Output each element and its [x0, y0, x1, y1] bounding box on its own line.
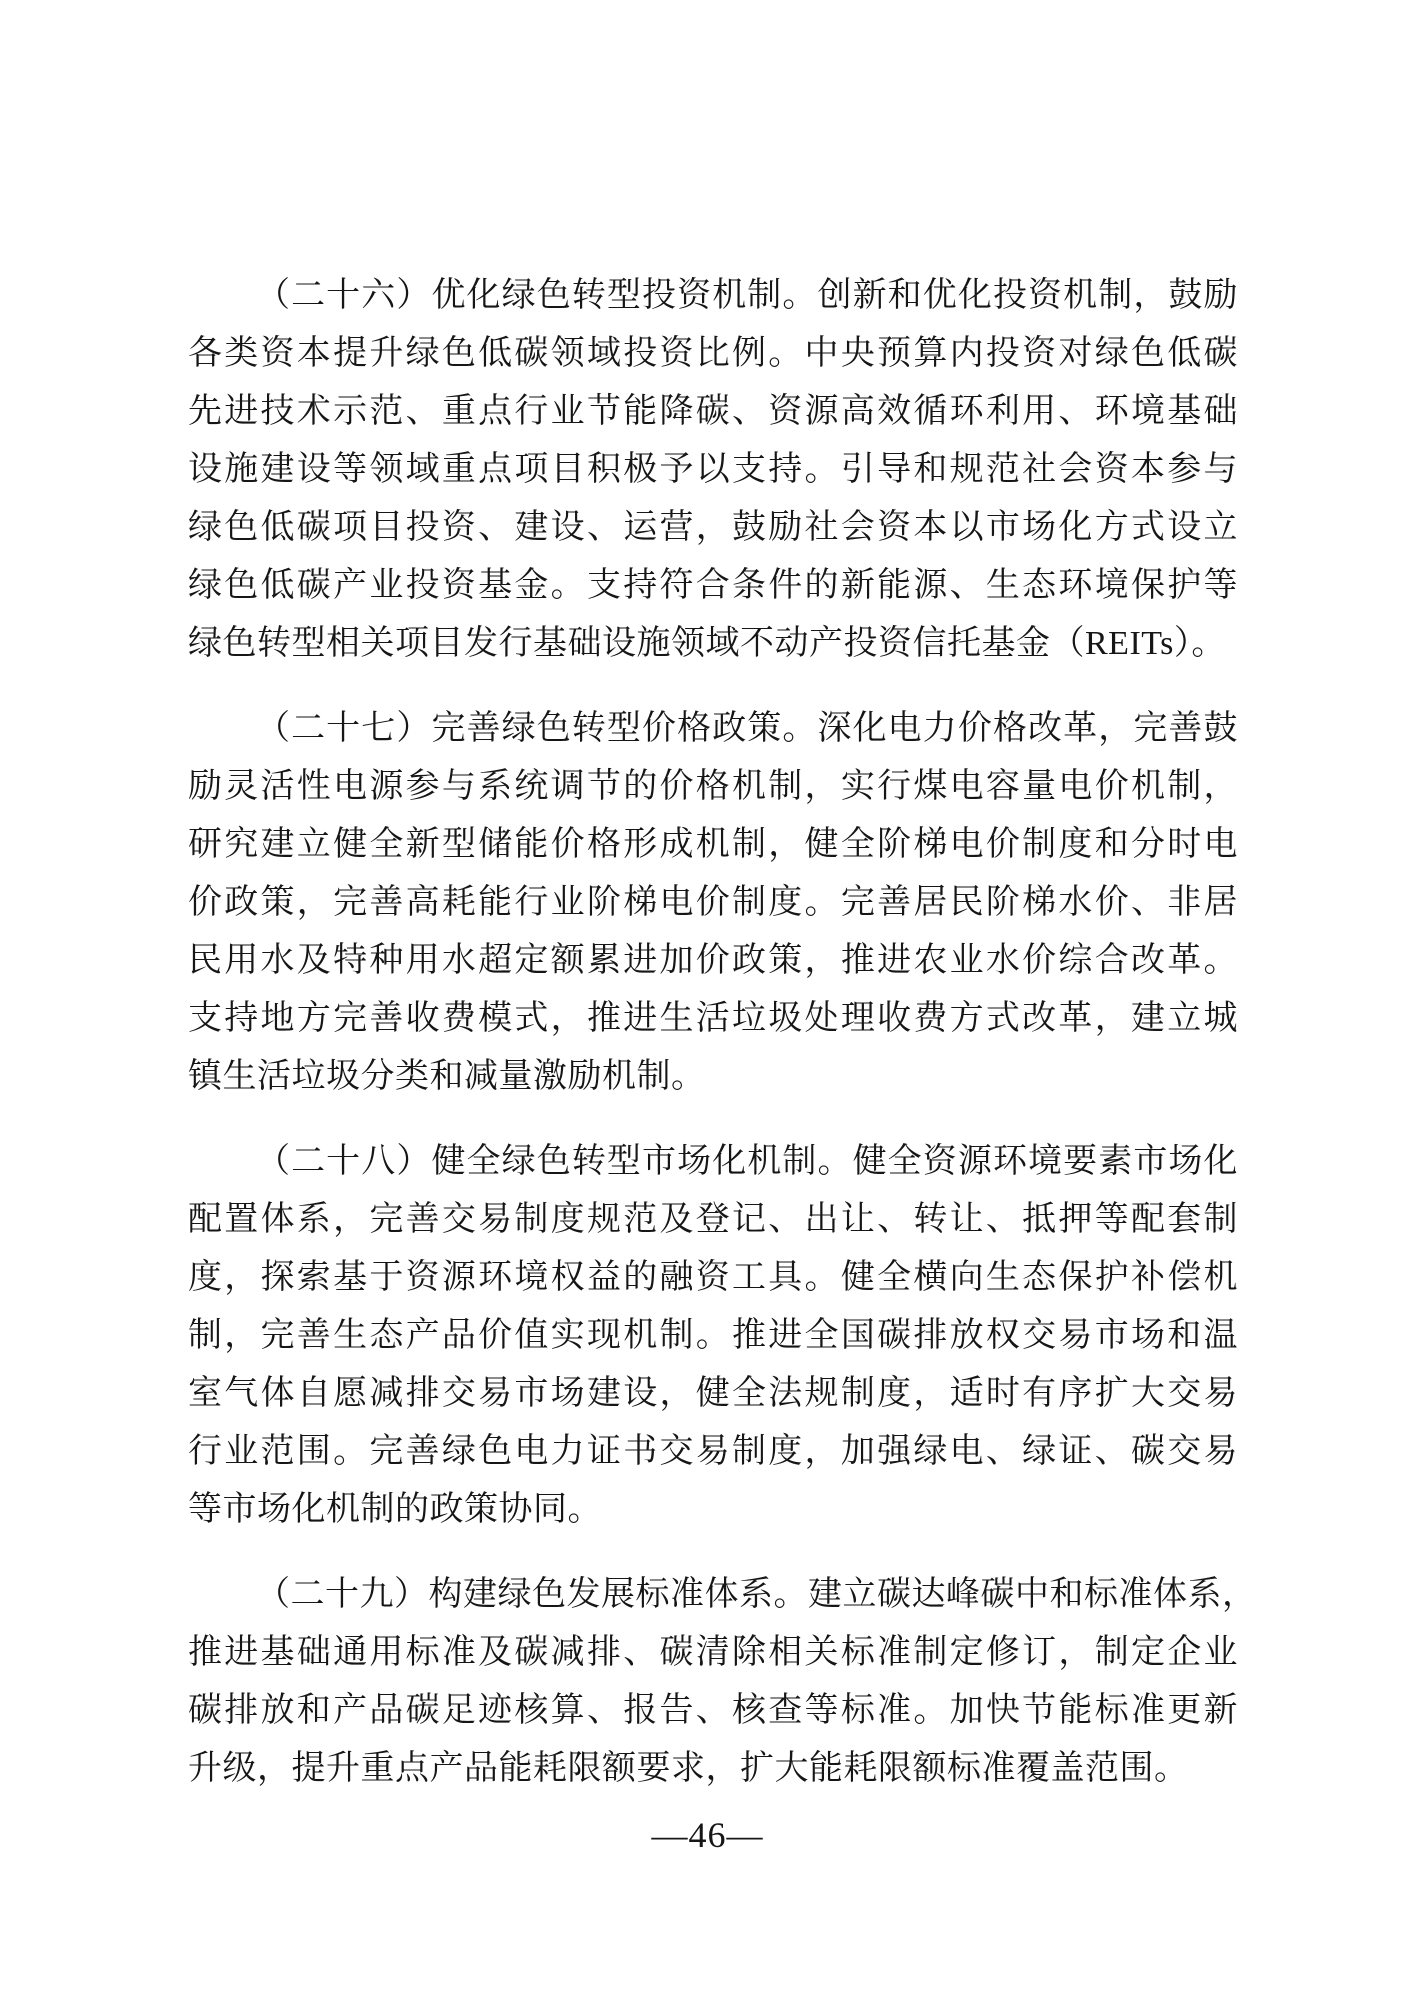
- text-line: 研究建立健全新型储能价格形成机制，健全阶梯电价制度和分时电: [188, 816, 1238, 874]
- text-line: 行业范围。完善绿色电力证书交易制度，加强绿电、绿证、碳交易: [188, 1423, 1238, 1481]
- document-body: （二十六）优化绿色转型投资机制。创新和优化投资机制，鼓励 各类资本提升绿色低碳领…: [188, 240, 1238, 1814]
- page-background: （二十六）优化绿色转型投资机制。创新和优化投资机制，鼓励 各类资本提升绿色低碳领…: [0, 0, 1415, 2000]
- text-line: 绿色转型相关项目发行基础设施领域不动产投资信托基金（REITs）。: [188, 615, 1238, 673]
- text-line: （二十七）完善绿色转型价格政策。深化电力价格改革，完善鼓: [188, 700, 1238, 758]
- text-line: 镇生活垃圾分类和减量激励机制。: [188, 1048, 1238, 1106]
- text-line: 制，完善生态产品价值实现机制。推进全国碳排放权交易市场和温: [188, 1307, 1238, 1365]
- text-line: （二十八）健全绿色转型市场化机制。健全资源环境要素市场化: [188, 1133, 1238, 1191]
- page-number: —46—: [0, 1806, 1415, 1864]
- text-line: 推进基础通用标准及碳减排、碳清除相关标准制定修订，制定企业: [188, 1624, 1238, 1682]
- document-page: { "page": { "background": "#ffffff", "te…: [0, 0, 1415, 2000]
- text-line: 绿色低碳项目投资、建设、运营，鼓励社会资本以市场化方式设立: [188, 499, 1238, 557]
- text-line: 度，探索基于资源环境权益的融资工具。健全横向生态保护补偿机: [188, 1249, 1238, 1307]
- text-line: 碳排放和产品碳足迹核算、报告、核查等标准。加快节能标准更新: [188, 1682, 1238, 1740]
- text-line: 支持地方完善收费模式，推进生活垃圾处理收费方式改革，建立城: [188, 990, 1238, 1048]
- text-line: 励灵活性电源参与系统调节的价格机制，实行煤电容量电价机制，: [188, 758, 1238, 816]
- text-line: 绿色低碳产业投资基金。支持符合条件的新能源、生态环境保护等: [188, 557, 1238, 615]
- text-line: 民用水及特种用水超定额累进加价政策，推进农业水价综合改革。: [188, 932, 1238, 990]
- text-line: （二十九）构建绿色发展标准体系。建立碳达峰碳中和标准体系，: [188, 1566, 1238, 1624]
- text-line: 价政策，完善高耗能行业阶梯电价制度。完善居民阶梯水价、非居: [188, 874, 1238, 932]
- text-line: 室气体自愿减排交易市场建设，健全法规制度，适时有序扩大交易: [188, 1365, 1238, 1423]
- text-line: 各类资本提升绿色低碳领域投资比例。中央预算内投资对绿色低碳: [188, 325, 1238, 383]
- text-line: 等市场化机制的政策协同。: [188, 1481, 1238, 1539]
- text-line: 先进技术示范、重点行业节能降碳、资源高效循环利用、环境基础: [188, 383, 1238, 441]
- text-line: 配置体系，完善交易制度规范及登记、出让、转让、抵押等配套制: [188, 1191, 1238, 1249]
- text-line: 升级，提升重点产品能耗限额要求，扩大能耗限额标准覆盖范围。: [188, 1740, 1238, 1798]
- text-line: 设施建设等领域重点项目积极予以支持。引导和规范社会资本参与: [188, 441, 1238, 499]
- text-line: （二十六）优化绿色转型投资机制。创新和优化投资机制，鼓励: [188, 267, 1238, 325]
